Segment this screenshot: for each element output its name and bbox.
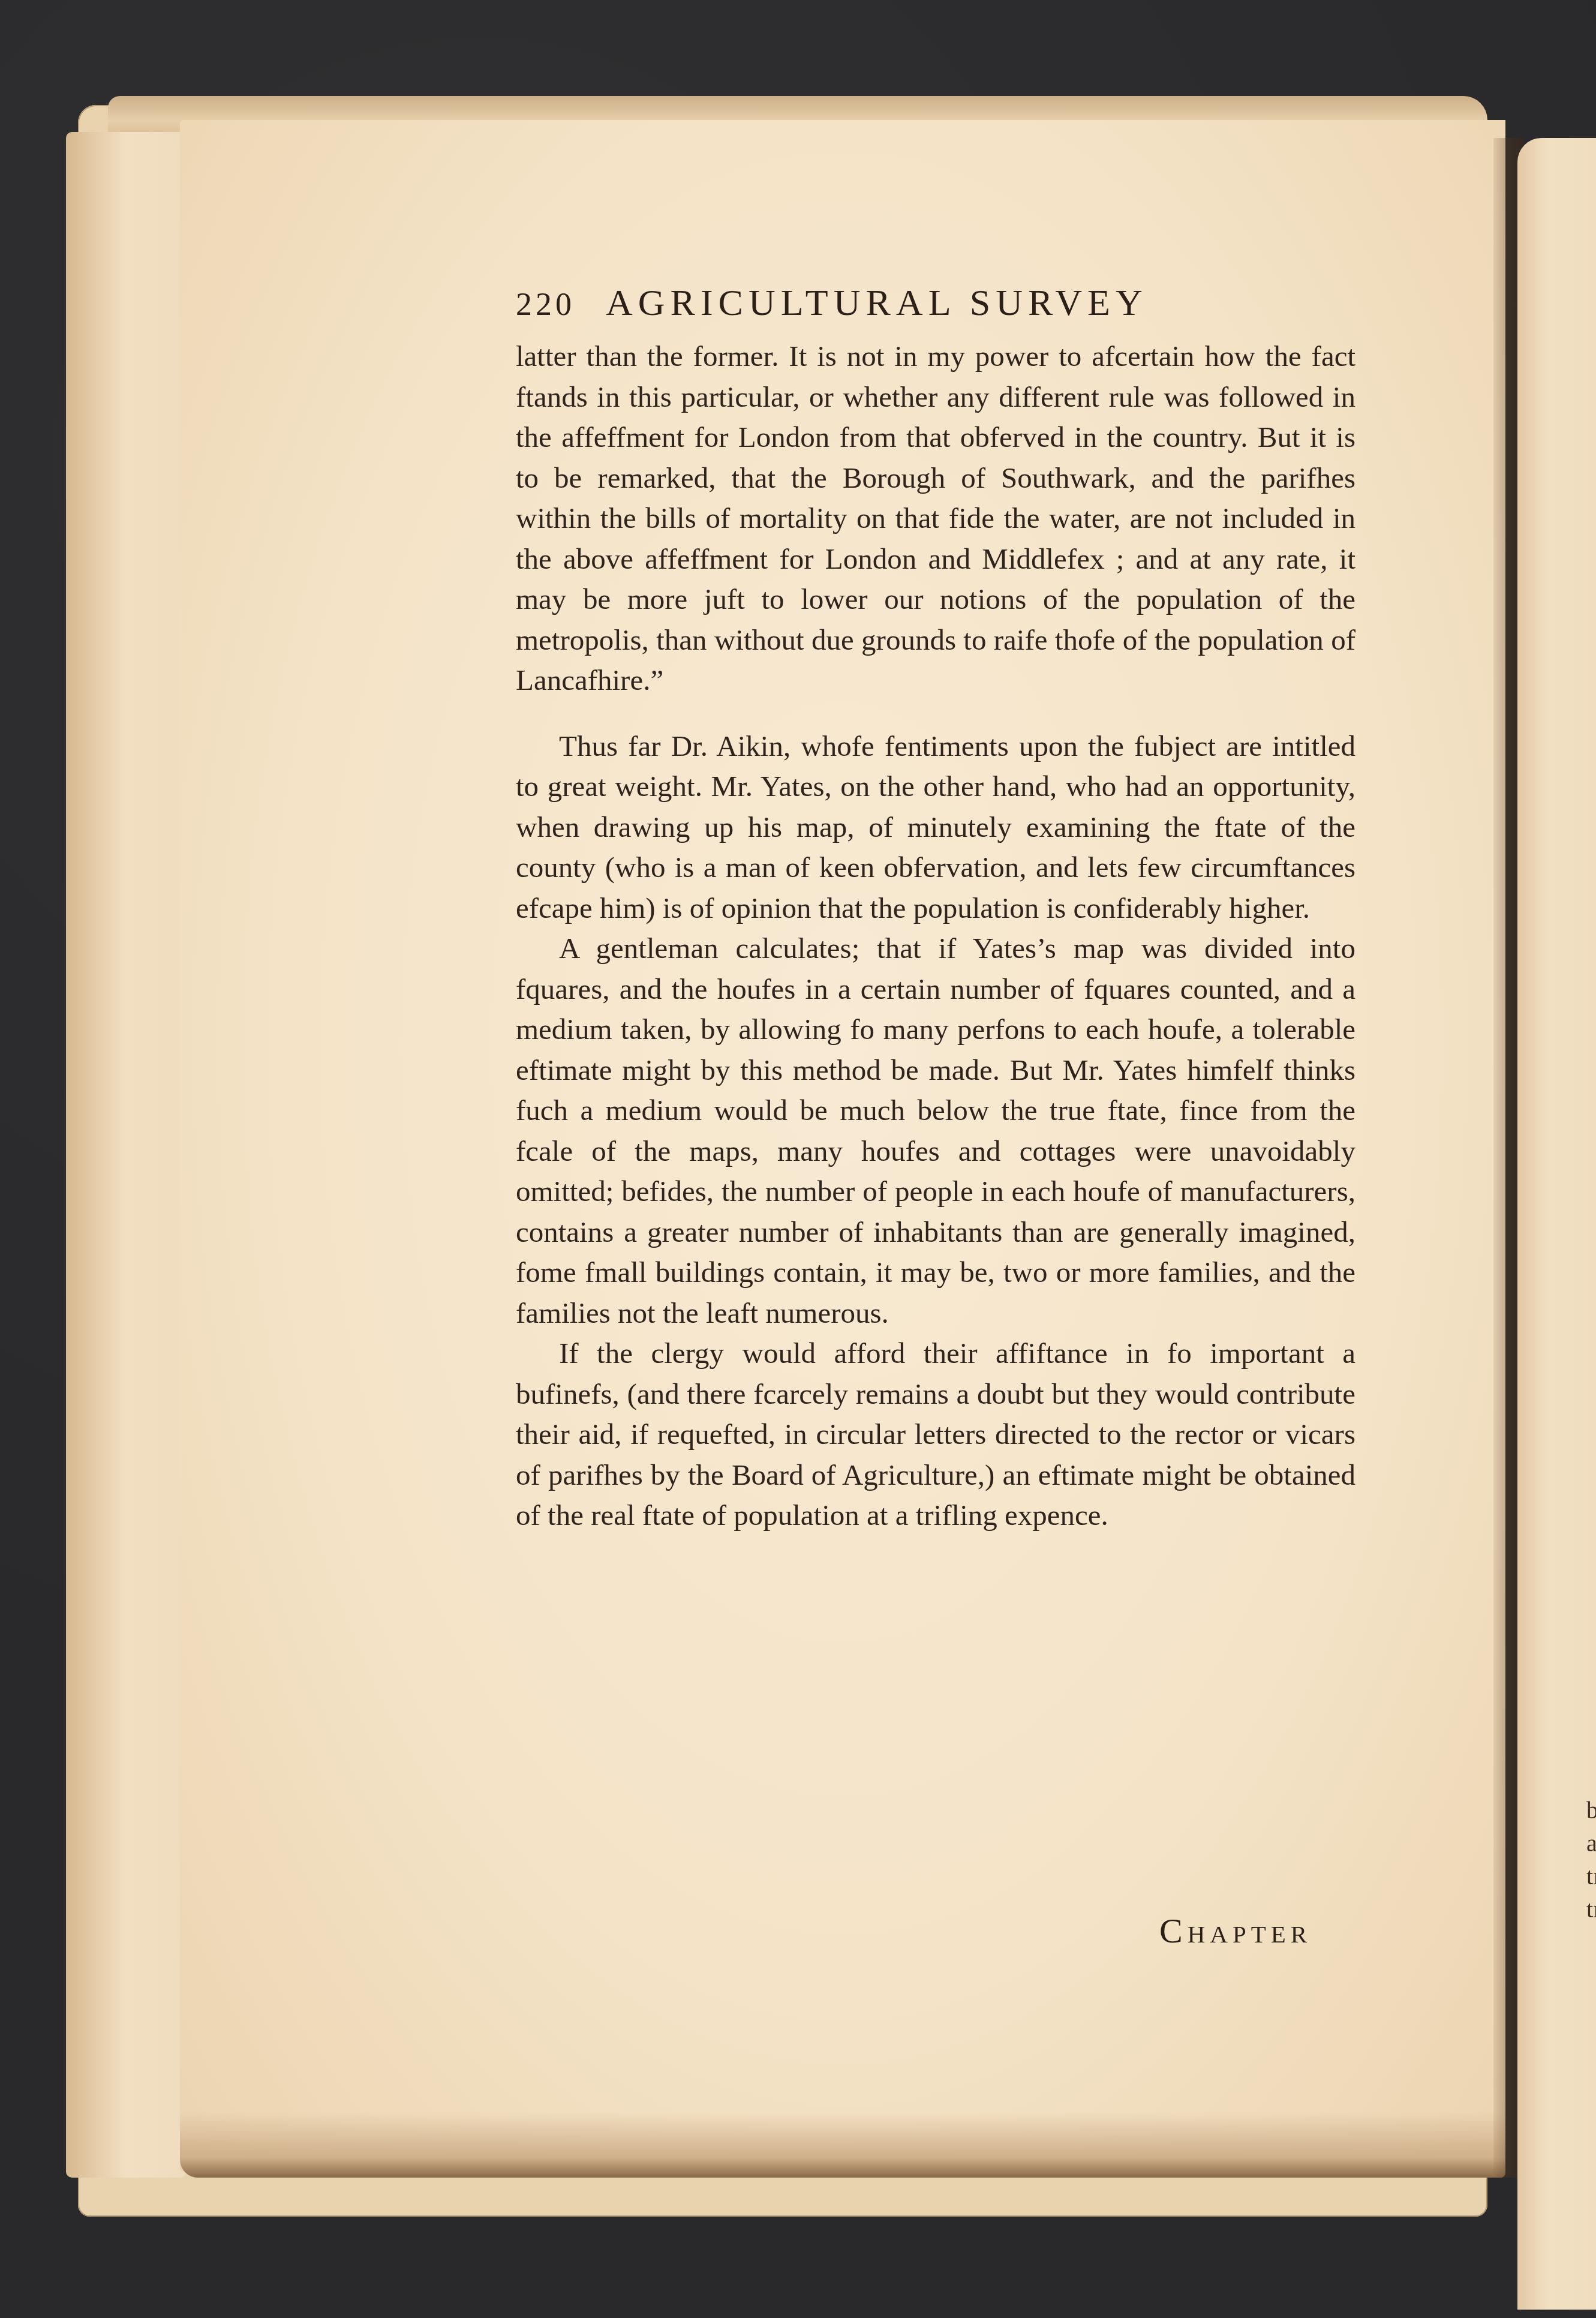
paragraph: Thus far Dr. Aikin, whofe fentiments upo… (516, 726, 1355, 929)
body-text: latter than the former. It is not in my … (516, 336, 1355, 1536)
page-bottom-edge (180, 2112, 1505, 2178)
facing-page-text-fragments: b a tı tı (1586, 1794, 1596, 1926)
page-left-edge (66, 132, 186, 2178)
running-head: AGRICULTURAL SURVEY (606, 282, 1148, 325)
catchword: Chapter (1159, 1911, 1312, 1951)
page-header: 220 AGRICULTURAL SURVEY (516, 282, 1355, 336)
paragraph: A gentleman calculates; that if Yates’s … (516, 928, 1355, 1333)
page-number: 220 (516, 286, 606, 323)
paragraph: latter than the former. It is not in my … (516, 336, 1355, 701)
facing-page (1517, 138, 1596, 2310)
paragraph: If the clergy would afford their affifta… (516, 1333, 1355, 1536)
page-content: 220 AGRICULTURAL SURVEY latter than the … (516, 282, 1355, 1536)
